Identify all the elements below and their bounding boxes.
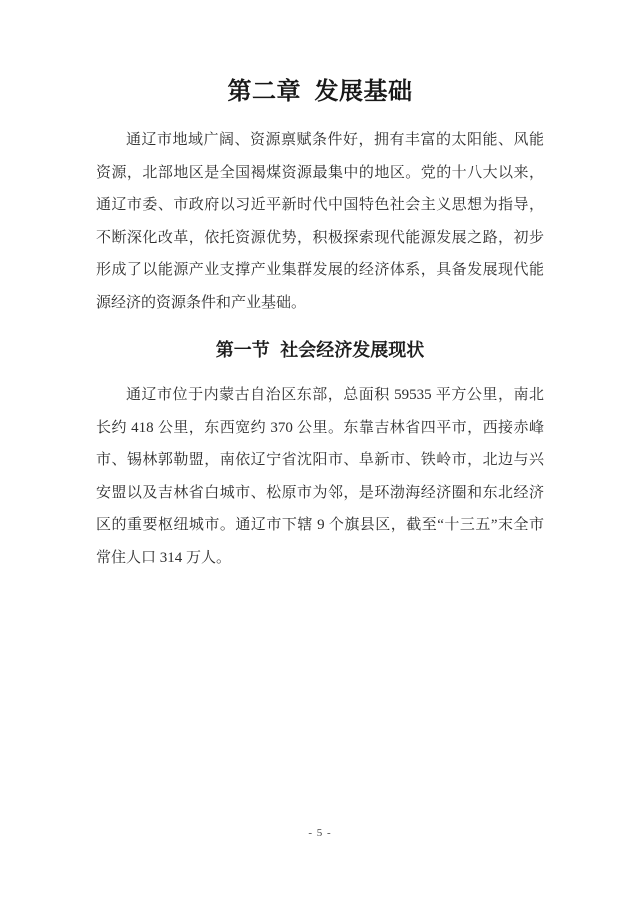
section-title: 第一节 社会经济发展现状 xyxy=(96,335,544,365)
paragraph-geography: 通辽市位于内蒙古自治区东部，总面积 59535 平方公里，南北长约 418 公里… xyxy=(96,379,544,574)
page-number: - 5 - xyxy=(0,826,640,840)
paragraph-overview: 通辽市地域广阔、资源禀赋条件好，拥有丰富的太阳能、风能资源，北部地区是全国褐煤资… xyxy=(96,124,544,319)
document-content: 第二章 发展基础 通辽市地域广阔、资源禀赋条件好，拥有丰富的太阳能、风能资源，北… xyxy=(0,76,640,574)
chapter-title: 第二章 发展基础 xyxy=(96,76,544,108)
document-page: 第二章 发展基础 通辽市地域广阔、资源禀赋条件好，拥有丰富的太阳能、风能资源，北… xyxy=(0,0,640,905)
